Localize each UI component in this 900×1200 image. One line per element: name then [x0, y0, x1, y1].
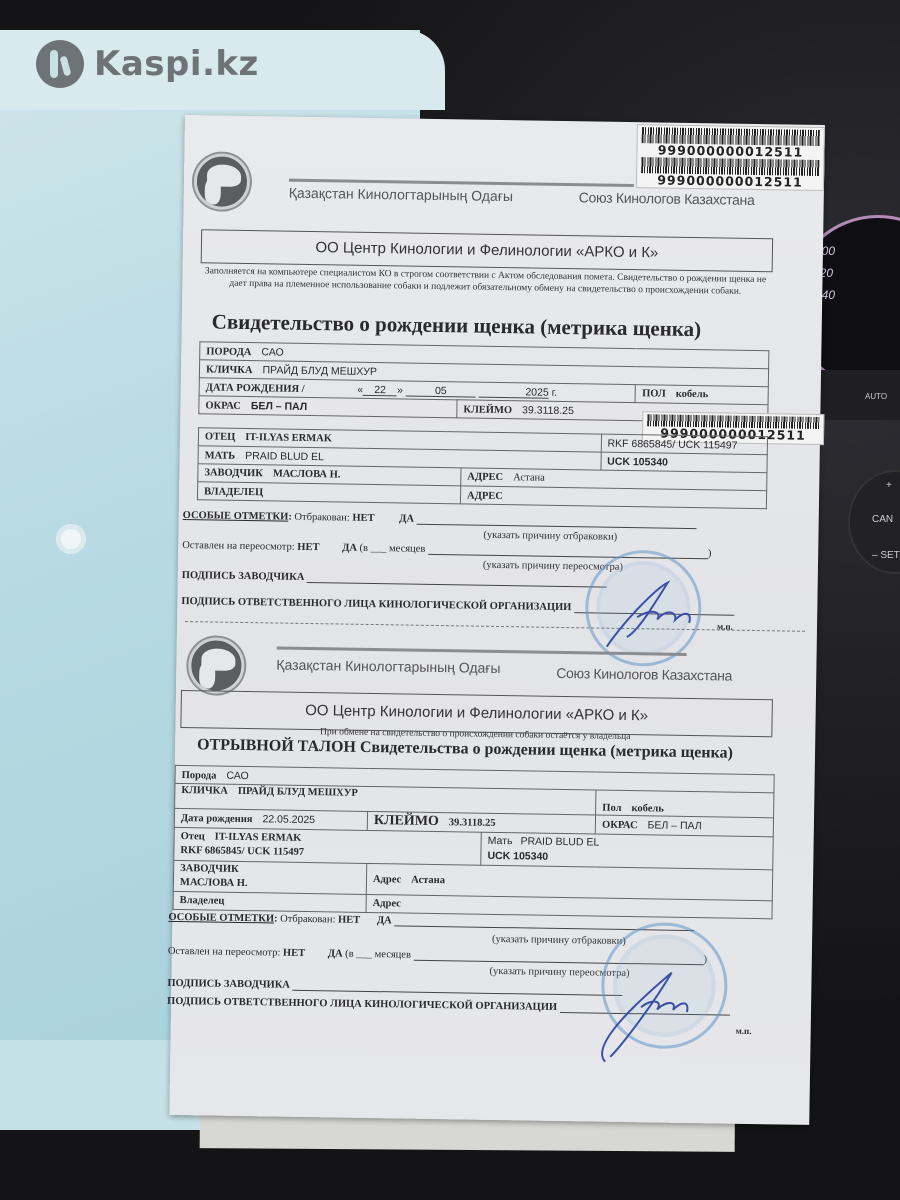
stub-culled-label: Отбракован: — [280, 914, 335, 926]
culled-no: НЕТ — [352, 513, 374, 524]
tear-line — [185, 621, 805, 632]
sex-label: ПОЛ — [642, 388, 666, 399]
stub-sire-label: Отец — [181, 831, 205, 842]
kaspi-family-logo-icon — [36, 40, 84, 88]
folder-rivet — [56, 524, 86, 554]
breeder-address-label: АДРЕС — [467, 471, 503, 483]
stub-review-yes: ДА — [328, 948, 343, 959]
stub-breed-label: Порода — [182, 770, 217, 782]
stub-culled-hint: (указать причину отбраковки) — [492, 934, 626, 947]
breed-label: ПОРОДА — [206, 346, 251, 358]
stub-dob-label: Дата рождения — [181, 813, 253, 825]
stub-sire-value: IT-ILYAS ERMAK — [215, 832, 302, 844]
color-label: ОКРАС — [205, 400, 241, 412]
name-label: КЛИЧКА — [206, 364, 253, 376]
special-marks-heading: ОСОБЫЕ ОТМЕТКИ — [183, 510, 289, 523]
review-months: (в ___ месяцев — [360, 543, 426, 555]
stub-breeder-signature-label: ПОДПИСЬ ЗАВОДЧИКА — [167, 978, 290, 991]
brand-value: 39.3118.25 — [522, 404, 574, 417]
barcode-number: 999000000012511 — [641, 173, 819, 190]
dob-label: ДАТА РОЖДЕНИЯ / — [206, 382, 305, 395]
stub-name-label: КЛИЧКА — [181, 785, 228, 797]
breed-value: САО — [261, 346, 283, 358]
stub-culled-yes: ДА — [377, 915, 392, 926]
stub-brand-value: 39.3118.25 — [449, 817, 496, 829]
dob-year: 2025 — [479, 385, 549, 398]
stalk-label: AUTO — [865, 392, 887, 401]
breeder-value: МАСЛОВА Н. — [273, 468, 341, 480]
dog-head-logo-icon — [188, 637, 245, 694]
owner-label: ВЛАДЕЛЕЦ — [204, 486, 263, 498]
stub-owner-address-label: Адрес — [373, 898, 401, 909]
brand-label: КЛЕЙМО — [463, 404, 512, 416]
dam-label: МАТЬ — [205, 450, 236, 461]
union-name-kz: Қазақстан Кинологтарының Одағы — [289, 185, 513, 205]
stub-color-label: ОКРАС — [602, 820, 638, 832]
sire-label: ОТЕЦ — [205, 431, 236, 442]
stub-breeder-value: МАСЛОВА Н. — [180, 877, 248, 889]
dog-head-logo-icon — [194, 153, 251, 210]
kaspi-watermark: Kaspi.kz — [36, 40, 259, 88]
sex-value: кобель — [676, 389, 709, 401]
wheel-button-label: – SET — [872, 550, 900, 561]
dam-value: PRAID BLUD EL — [245, 449, 324, 462]
stub-special-marks-heading: ОСОБЫЕ ОТМЕТКИ — [168, 912, 274, 925]
review-yes: ДА — [342, 543, 357, 554]
stub-union-name-ru: Союз Кинологов Казахстана — [556, 665, 732, 684]
puppy-certificate-document: Қазақстан Кинологтарының Одағы Союз Кино… — [169, 115, 825, 1125]
dob-day: 22 — [363, 383, 397, 396]
breeder-label: ЗАВОДЧИК — [204, 467, 263, 479]
name-value: ПРАЙД БЛУД МЕШХУР — [262, 364, 377, 378]
stub-dam-label: Мать — [488, 835, 513, 847]
pedigree-table: ОТЕЦIT-ILYAS ERMAK RKF 6865845/ UCK 1154… — [197, 427, 768, 509]
official-signature-label: ПОДПИСЬ ОТВЕТСТВЕННОГО ЛИЦА КИНОЛОГИЧЕСК… — [181, 596, 571, 613]
stub-dam-value: PRAID BLUD EL — [520, 835, 599, 848]
review-label: Оставлен на переосмотр: — [182, 540, 295, 553]
stub-union-name-kz: Қазақстан Кинологтарының Одағы — [276, 657, 500, 677]
stub-review-no: НЕТ — [283, 948, 305, 959]
culled-line: ОСОБЫЕ ОТМЕТКИ: Отбракован: НЕТ ДА — [183, 509, 697, 529]
breeder-address-value: Астана — [513, 472, 545, 483]
stub-review-label: Оставлен на переосмотр: — [168, 946, 281, 959]
culled-hint: (указать причину отбраковки) — [483, 530, 617, 543]
stub-breeder-address-value: Астана — [411, 874, 445, 886]
sire-value: IT-ILYAS ERMAK — [245, 432, 332, 444]
dam-registration: UCK 105340 — [607, 455, 668, 468]
stub-sire-registration: RKF 6865845/ UCK 115497 — [180, 845, 304, 858]
union-name-ru: Союз Кинологов Казахстана — [579, 189, 755, 208]
stub-breeder-label: ЗАВОДЧИК — [180, 863, 239, 875]
color-value: БЕЛ – ПАЛ — [251, 400, 307, 413]
review-no: НЕТ — [297, 542, 319, 553]
stub-sex-value: кобель — [631, 803, 664, 815]
stub-signature — [590, 966, 702, 1068]
signature — [597, 577, 708, 654]
stub-owner-label: Владелец — [180, 895, 225, 907]
stub-official-signature-label: ПОДПИСЬ ОТВЕТСТВЕННОГО ЛИЦА КИНОЛОГИЧЕСК… — [167, 996, 557, 1013]
stub-sex-label: Пол — [602, 803, 621, 814]
stub-seal-mark: м.п. — [736, 1026, 752, 1036]
breeder-signature-line: ПОДПИСЬ ЗАВОДЧИКА — [182, 569, 607, 588]
culled-label: Отбракован: — [294, 512, 349, 524]
stub-culled-no: НЕТ — [338, 915, 360, 926]
stub-dob-value: 22.05.2025 — [262, 813, 315, 826]
stub-breeder-signature-line: ПОДПИСЬ ЗАВОДЧИКА — [167, 977, 622, 996]
wheel-button-label: + — [886, 480, 892, 491]
sire-registration: RKF 6865845/ UCK 115497 — [607, 437, 737, 451]
barcode-number: 999000000012511 — [641, 143, 819, 160]
stub-breed-value: САО — [226, 769, 248, 781]
dob-month: 05 — [406, 384, 476, 397]
owner-address-label: АДРЕС — [467, 490, 503, 502]
stub-review-months: (в ___ месяцев — [345, 949, 411, 961]
stub-breeder-address-label: Адрес — [373, 874, 401, 885]
certificate-title: Свидетельство о рождении щенка (метрика … — [212, 309, 702, 342]
breeder-signature-label: ПОДПИСЬ ЗАВОДЧИКА — [182, 570, 305, 583]
watermark-text: Kaspi.kz — [94, 44, 259, 84]
stub-dam-registration: UCK 105340 — [487, 850, 548, 863]
stub-color-value: БЕЛ – ПАЛ — [647, 819, 701, 832]
barcode-sticker: 999000000012511 999000000012511 — [636, 124, 825, 191]
wheel-button-label: CAN — [872, 514, 893, 525]
dob-suffix: г. — [552, 386, 558, 398]
stub-name-value: ПРАЙД БЛУД МЕШХУР — [238, 786, 358, 799]
stub-details-table: ПородаСАО КЛИЧКАПРАЙД БЛУД МЕШХУР Полкоб… — [173, 765, 775, 919]
stub-brand-label: КЛЕЙМО — [374, 813, 439, 829]
culled-yes: ДА — [399, 513, 414, 524]
